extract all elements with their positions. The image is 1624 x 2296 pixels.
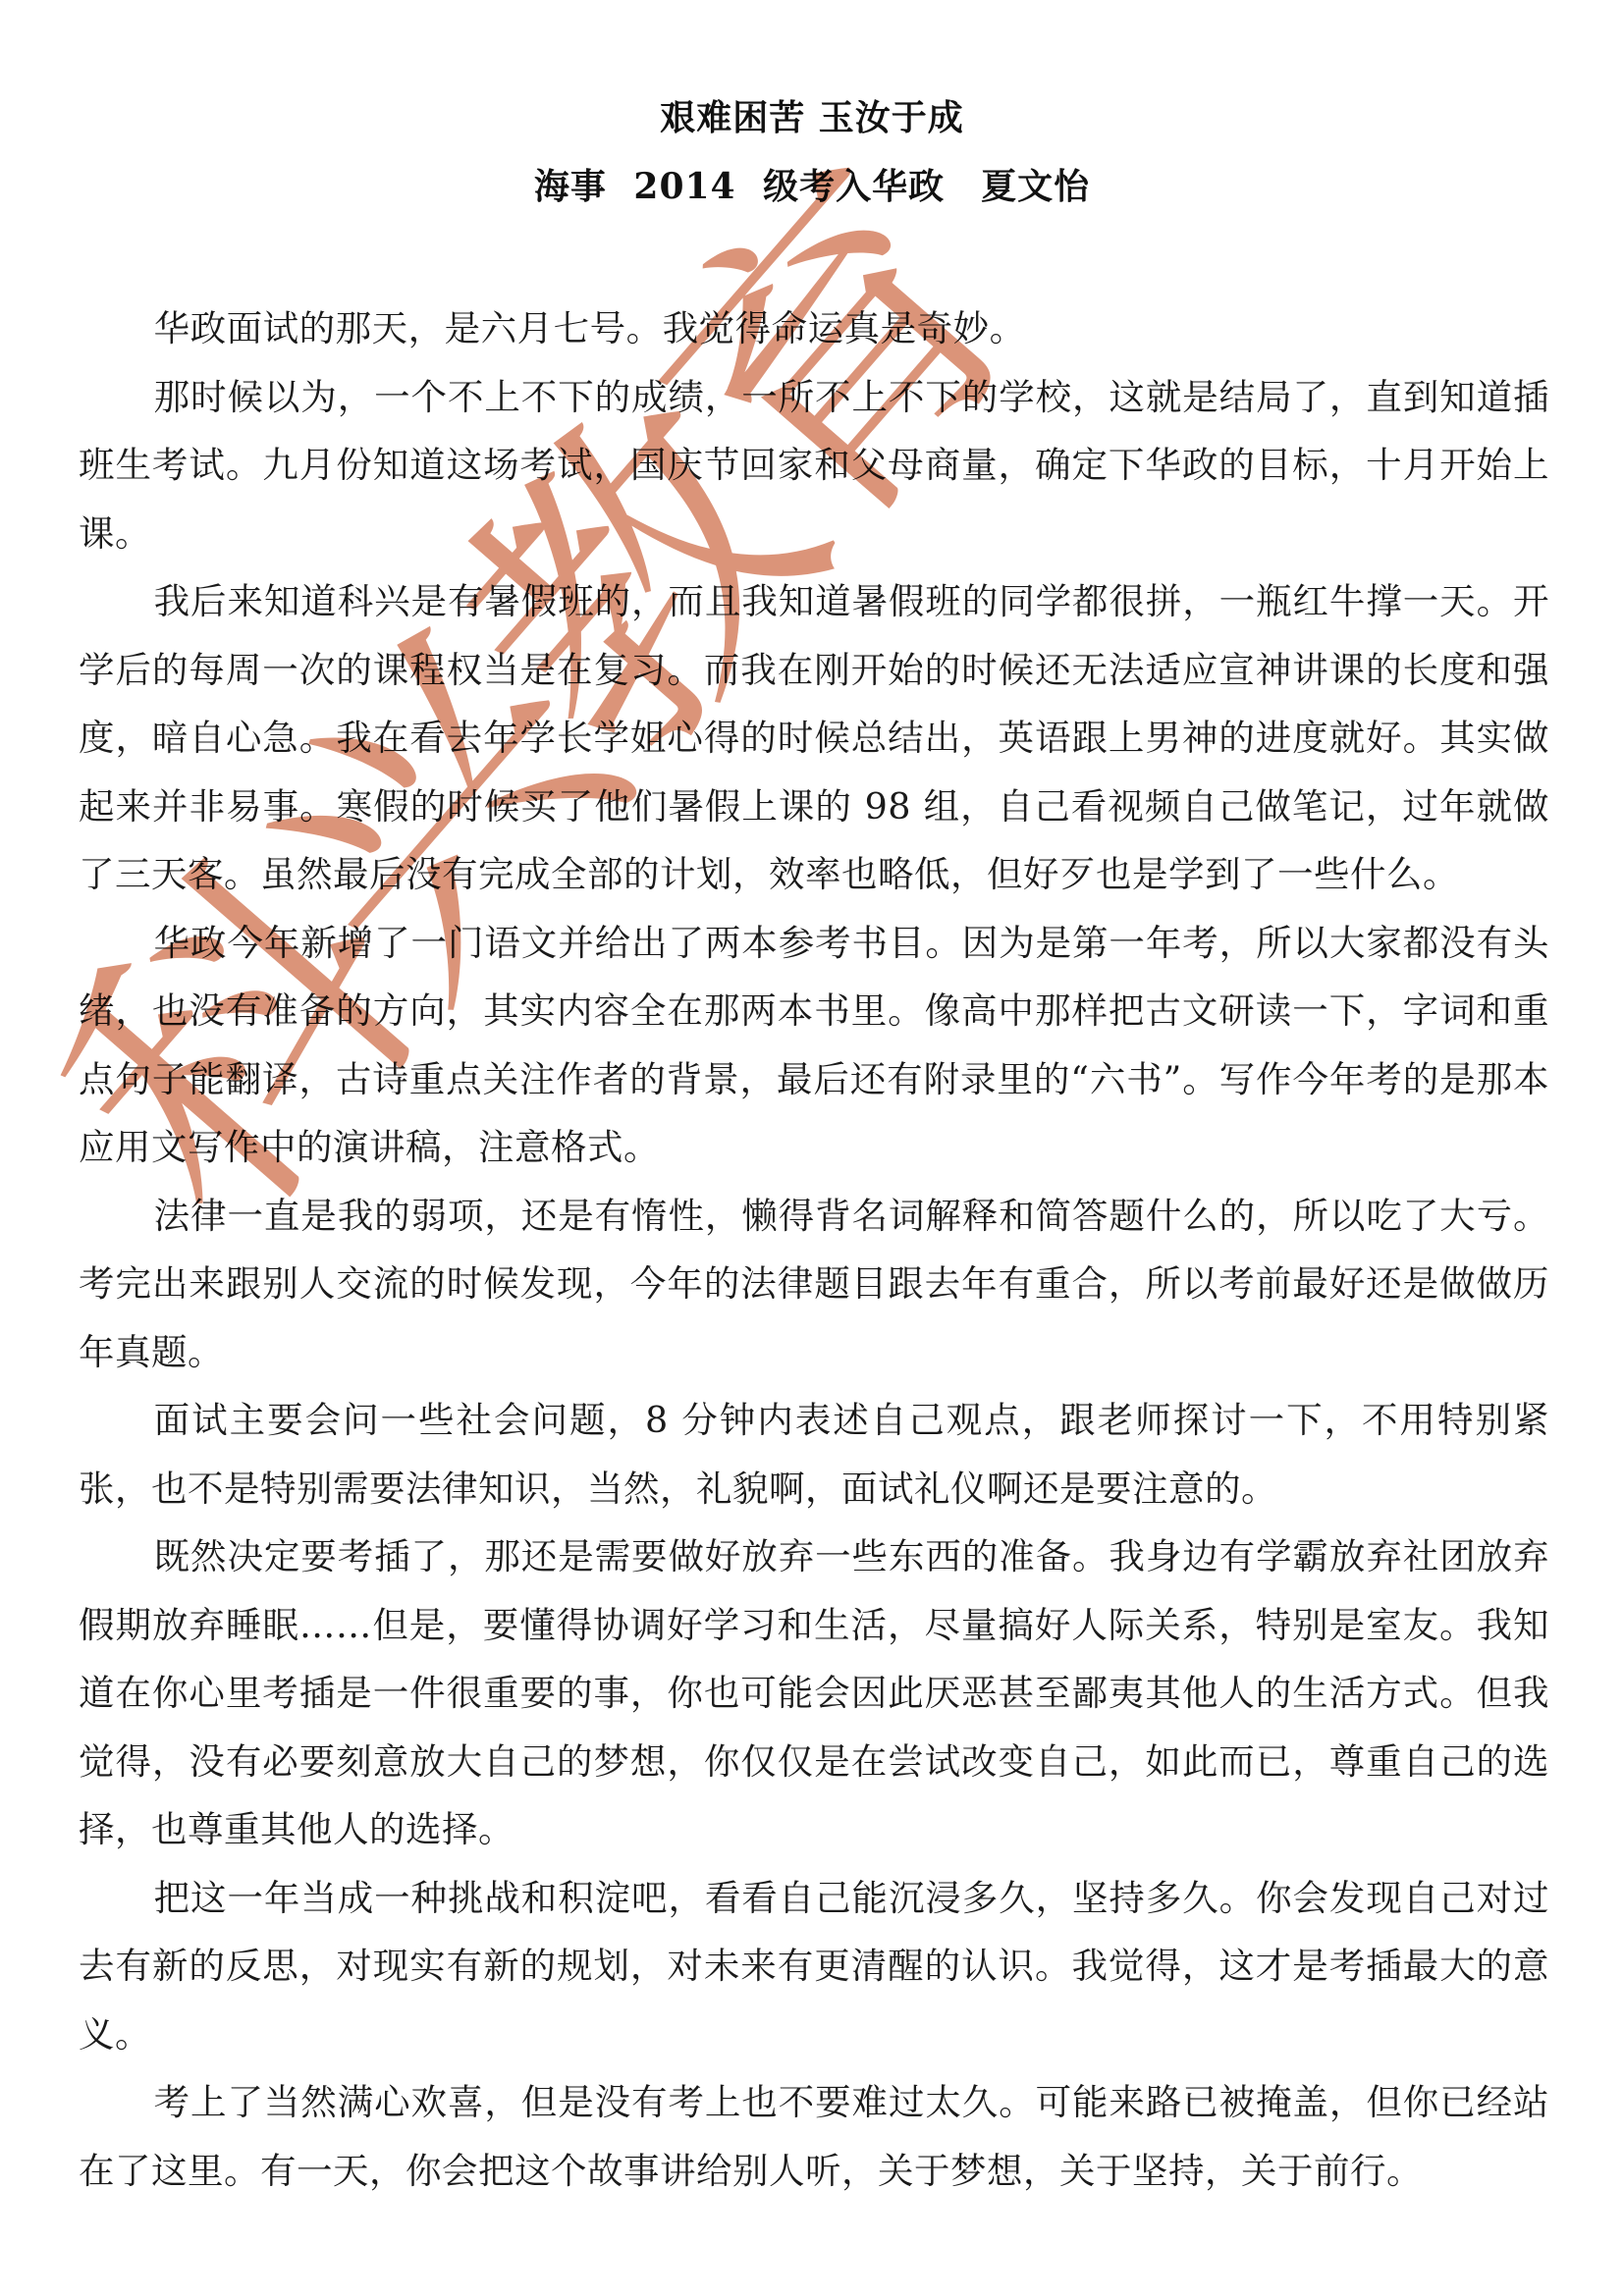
paragraph: 既然决定要考插了，那还是需要做好放弃一些东西的准备。我身边有学霸放弃社团放弃假期… bbox=[79, 1522, 1549, 1864]
paragraph: 把这一年当成一种挑战和积淀吧，看看自己能沉浸多久，坚持多久。你会发现自己对过去有… bbox=[79, 1864, 1549, 2069]
paragraph: 华政今年新增了一门语文并给出了两本参考书目。因为是第一年考，所以大家都没有头绪，… bbox=[79, 909, 1549, 1182]
paragraph: 法律一直是我的弱项，还是有惰性，懒得背名词解释和简答题什么的，所以吃了大亏。考完… bbox=[79, 1182, 1549, 1387]
paragraph: 那时候以为，一个不上不下的成绩，一所不上不下的学校，这就是结局了，直到知道插班生… bbox=[79, 363, 1549, 568]
paragraph: 我后来知道科兴是有暑假班的，而且我知道暑假班的同学都很拼，一瓶红牛撑一天。开学后… bbox=[79, 567, 1549, 909]
paragraph: 面试主要会问一些社会问题，8 分钟内表述自己观点，跟老师探讨一下，不用特别紧张，… bbox=[79, 1386, 1549, 1522]
document-page: 艰难困苦 玉汝于成 海事 2014 级考入华政 夏文怡 华政面试的那天，是六月七… bbox=[0, 0, 1624, 2296]
document-title: 艰难困苦 玉汝于成 bbox=[0, 90, 1624, 140]
document-body: 华政面试的那天，是六月七号。我觉得命运真是奇妙。 那时候以为，一个不上不下的成绩… bbox=[79, 294, 1549, 2205]
document-subtitle: 海事 2014 级考入华政 夏文怡 bbox=[0, 159, 1624, 209]
paragraph: 考上了当然满心欢喜，但是没有考上也不要难过太久。可能来路已被掩盖，但你已经站在了… bbox=[79, 2068, 1549, 2205]
paragraph: 华政面试的那天，是六月七号。我觉得命运真是奇妙。 bbox=[79, 294, 1549, 363]
